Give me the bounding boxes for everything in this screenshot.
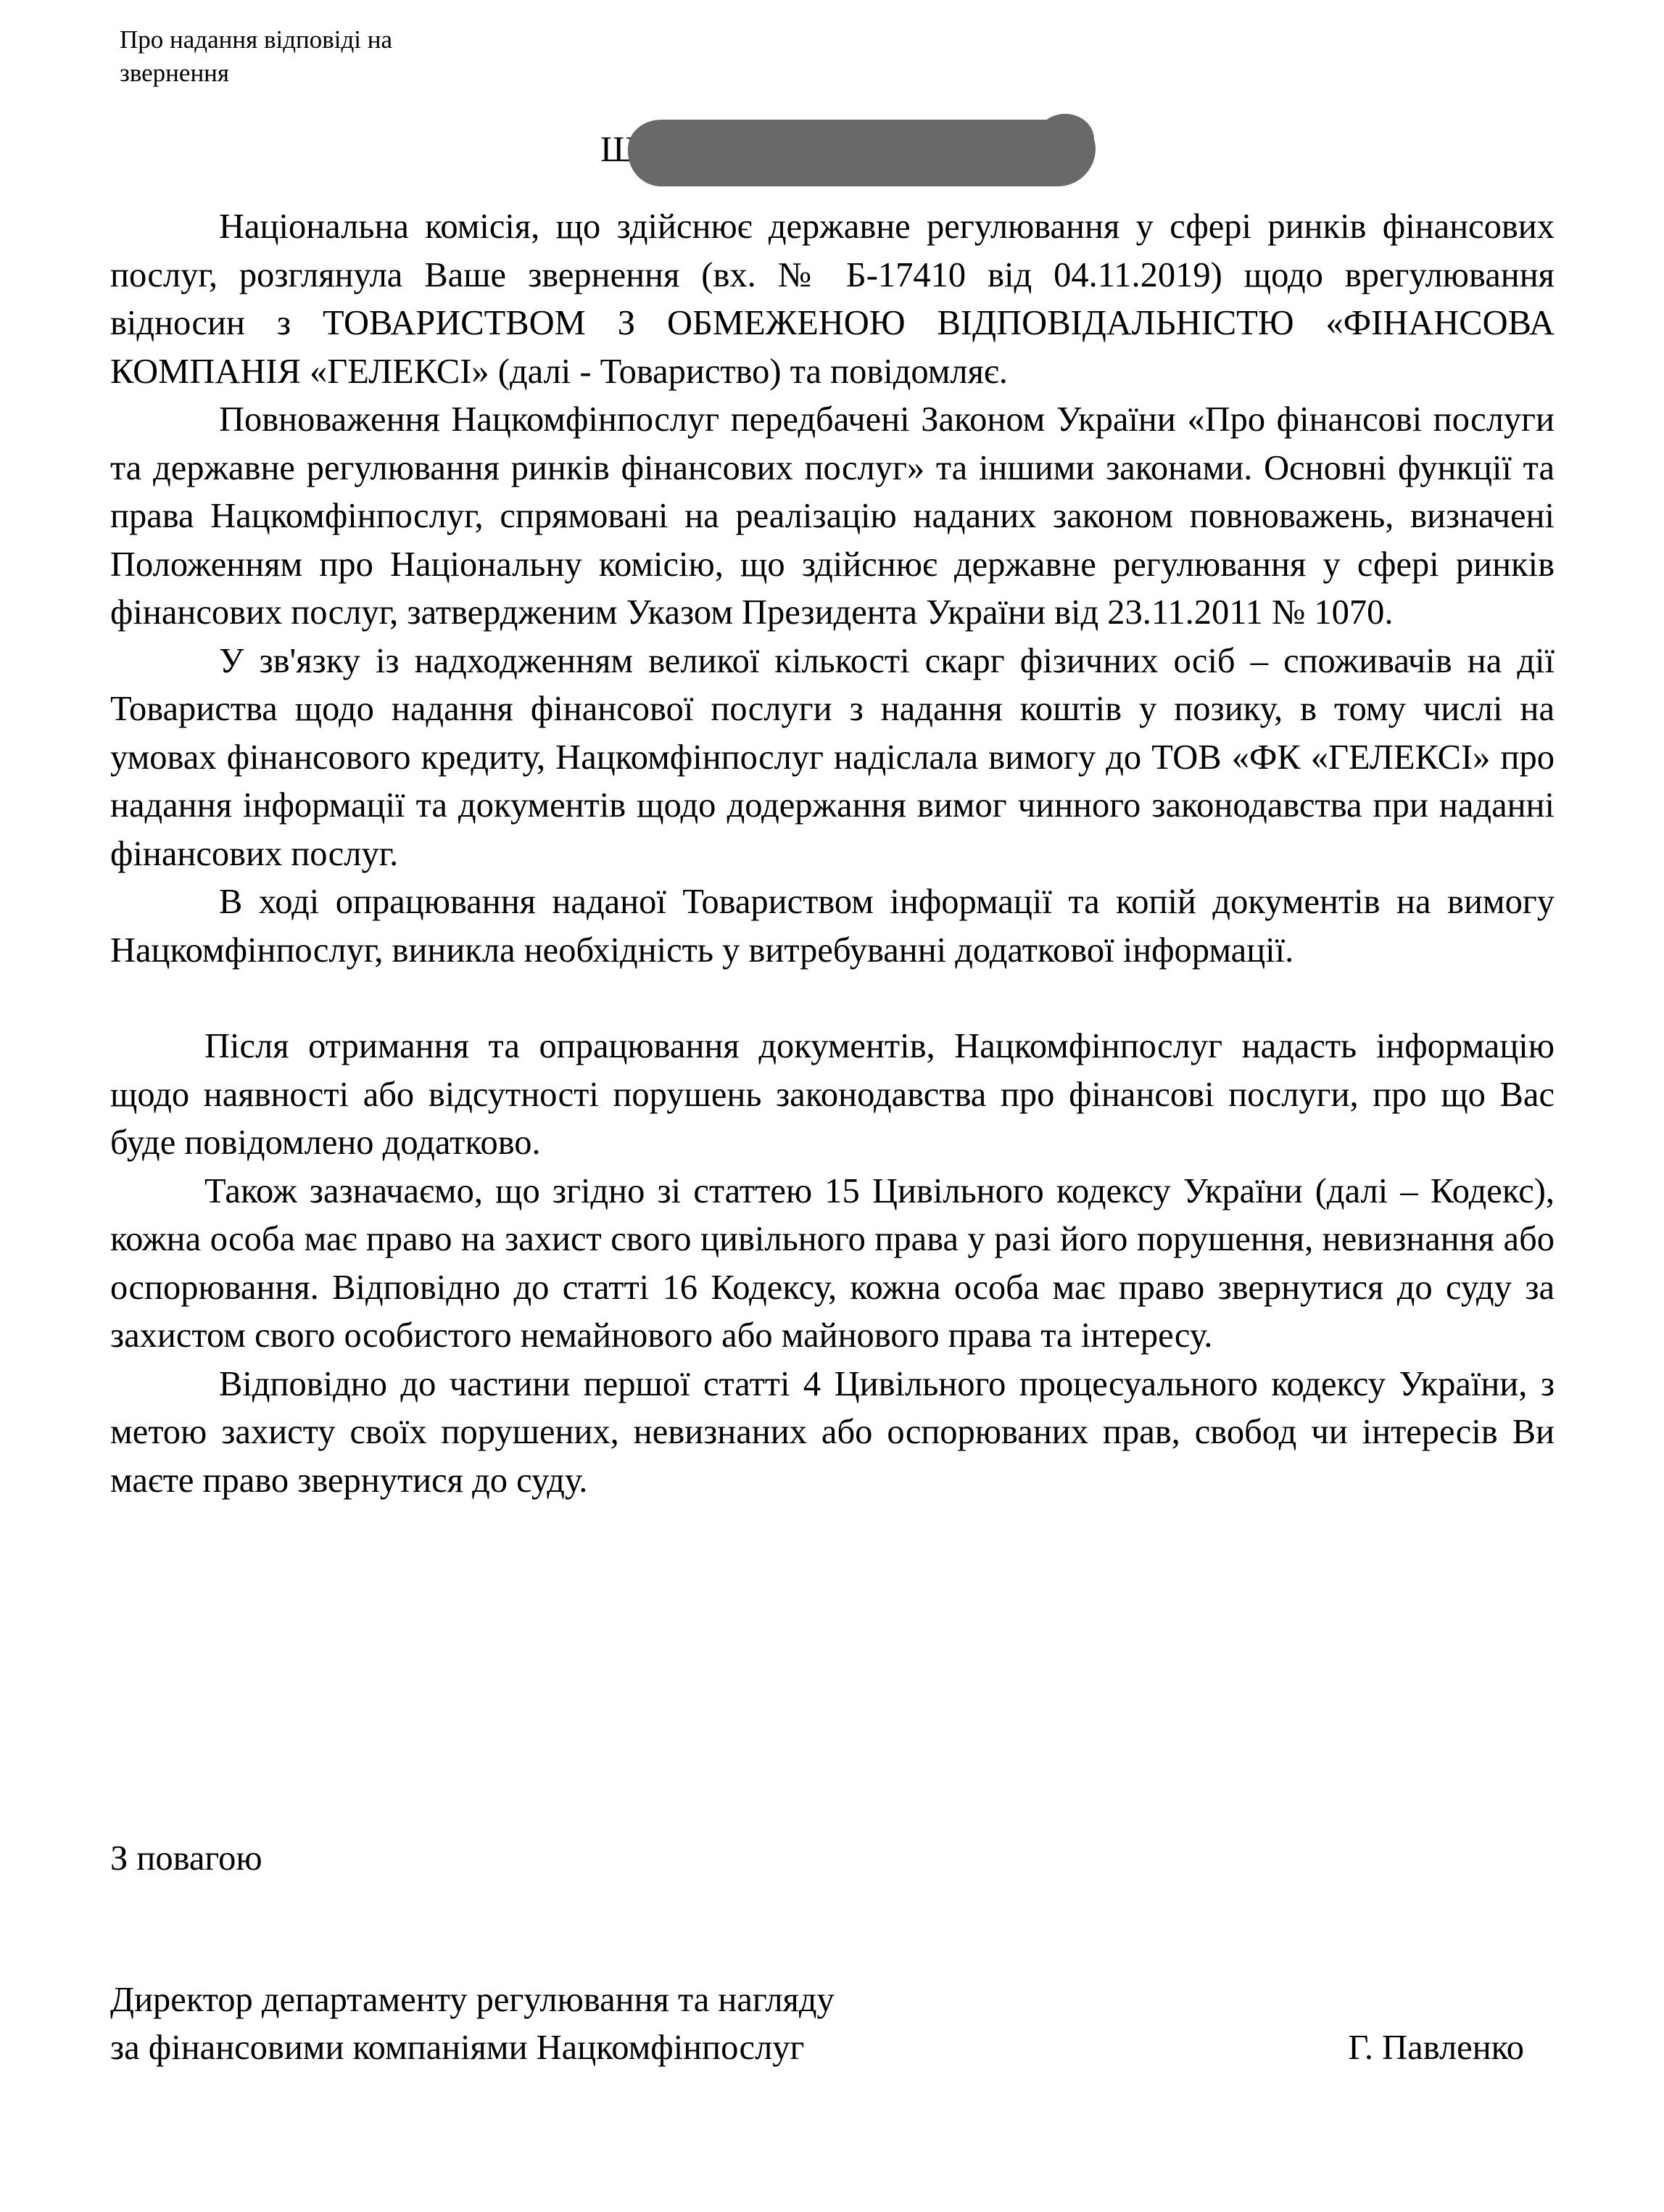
paragraph-court-right: Відповідно до частини першої статті 4 Ци… bbox=[110, 1361, 1555, 1506]
paragraph-processing: В ході опрацювання наданої Товариством і… bbox=[110, 878, 1555, 975]
signature-block: Директор департаменту регулювання та наг… bbox=[110, 1976, 1524, 2072]
letter-body: Національна комісія, що здійснює державн… bbox=[110, 203, 1555, 1505]
letter-subject: Про надання відповіді на звернення bbox=[120, 23, 497, 90]
closing-phrase: З повагою bbox=[110, 1835, 262, 1883]
paragraph-intro: Національна комісія, що здійснює державн… bbox=[110, 203, 1555, 396]
signatory-title-line-2: за фінансовими компаніями Нацкомфінпослу… bbox=[110, 2024, 804, 2072]
paragraph-civil-code: Також зазначаємо, що згідно зі статтею 1… bbox=[110, 1168, 1555, 1361]
subject-line-2: звернення bbox=[120, 57, 497, 90]
subject-line-1: Про надання відповіді на bbox=[120, 23, 497, 57]
signatory-name: Г. Павленко bbox=[1348, 2024, 1524, 2072]
paragraph-authority: Повноваження Нацкомфінпослуг передбачені… bbox=[110, 396, 1555, 637]
redacted-name-block bbox=[628, 120, 1096, 186]
paragraph-complaints: У зв'язку із надходженням великої кілько… bbox=[110, 637, 1555, 879]
paragraph-followup: Після отримання та опрацювання документі… bbox=[110, 1023, 1555, 1168]
signatory-title-line-1: Директор департаменту регулювання та наг… bbox=[110, 1976, 1524, 2024]
